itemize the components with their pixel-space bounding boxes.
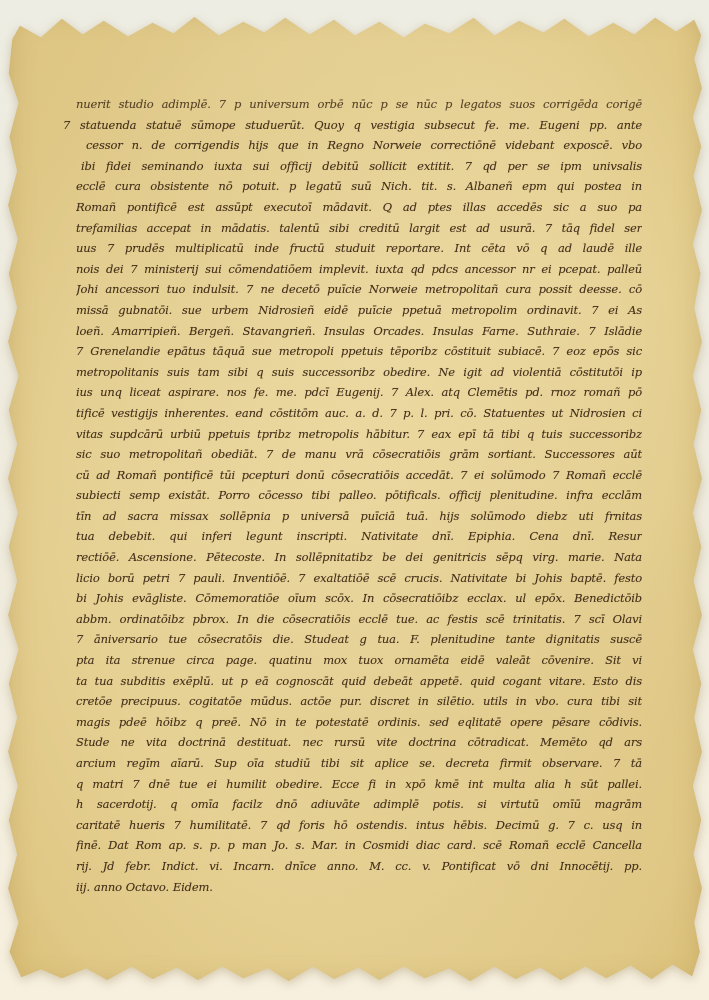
manuscript-line: iij. anno Octavo. Eidem. [76, 877, 642, 898]
manuscript-line: q matri 7 dnē tue ei humilit obedire. Ec… [76, 774, 642, 795]
manuscript-line: 7 Grenelandie epātus tāquā sue metropoli… [76, 341, 642, 362]
manuscript-line: tua debebit. qui inferi legunt inscripti… [76, 526, 642, 547]
manuscript-line: sic suo metropolitañ obediāt. 7 de manu … [76, 444, 642, 465]
manuscript-line: Romañ pontificē est assūpt executoī māda… [76, 197, 642, 218]
manuscript-line: missā gubnatōi. sue urbem Nidrosieñ eidē… [76, 300, 642, 321]
manuscript-line: subiecti semp existāt. Porro cōcesso tib… [76, 485, 642, 506]
manuscript-line: uus 7 prudēs multiplicatū inde fructū st… [76, 238, 642, 259]
manuscript-line: nois dei 7 ministerij sui cōmendatiōem i… [76, 259, 642, 280]
manuscript-line: rij. Jd febr. Indict. vi. Incarn. dnīce … [76, 856, 642, 877]
manuscript-text-block: nuerit studio adimplē. 7 p universum orb… [76, 94, 642, 897]
manuscript-line: ibi fidei seminando iuxta sui officij de… [76, 156, 642, 177]
manuscript-line: tificē vestigijs inherentes. eand cōstit… [76, 403, 642, 424]
manuscript-line: abbm. ordinatōibz pbrox. In die cōsecrat… [76, 609, 642, 630]
manuscript-line: licio borū petri 7 pauli. Inventiōē. 7 e… [76, 568, 642, 589]
manuscript-line: pta ita strenue circa page. quatinu mox … [76, 650, 642, 671]
manuscript-line: cessor n. de corrigendis hijs que in Reg… [76, 135, 642, 156]
manuscript-line: nuerit studio adimplē. 7 p universum orb… [76, 94, 642, 115]
manuscript-line: tīn ad sacra missax sollēpnia p universā… [76, 506, 642, 527]
manuscript-line: finē. Dat Rom ap. s. p. p man Jo. s. Mar… [76, 835, 642, 856]
manuscript-line: ecclē cura obsistente nō potuit. p legat… [76, 176, 642, 197]
manuscript-line: Stude ne vita doctrinā destituat. nec ru… [76, 732, 642, 753]
manuscript-line: trefamilias accepat in mādatis. talentū … [76, 218, 642, 239]
manuscript-line: Johi ancessori tuo indulsit. 7 ne decetō… [76, 279, 642, 300]
manuscript-line: ius unq liceat aspirare. nos fe. me. pdc… [76, 382, 642, 403]
manuscript-line: bi Johis evāgliste. Cōmemoratiōe oīum sc… [76, 588, 642, 609]
manuscript-line: h sacerdotij. q omīa facilz dnō adiuvāte… [76, 794, 642, 815]
manuscript-line: cretōe precipuus. cogitatōe mūdus. actōe… [76, 691, 642, 712]
manuscript-line: metropolitanis suis tam sibi q suis succ… [76, 362, 642, 383]
manuscript-line: ta tua subditis exēplū. ut p eā cognoscā… [76, 671, 642, 692]
manuscript-line: arcium regīm aīarū. Sup oīa studiū tibi … [76, 753, 642, 774]
manuscript-line: rectiōē. Ascensione. Pētecoste. In sollē… [76, 547, 642, 568]
manuscript-line: loeñ. Amarripieñ. Bergeñ. Stavangrieñ. I… [76, 321, 642, 342]
manuscript-line: caritatē hueris 7 humilitatē. 7 qd foris… [76, 815, 642, 836]
manuscript-line: 7 āniversario tue cōsecratōis die. Stude… [76, 629, 642, 650]
manuscript-line: 7 statuenda statuē sūmope studuerūt. Quo… [63, 115, 642, 136]
manuscript-line: cū ad Romañ pontificē tūi pcepturi donū … [76, 465, 642, 486]
manuscript-line: magis pdeē hōibz q preē. Nō in te potest… [76, 712, 642, 733]
manuscript-line: vitas supdcārū urbiū ppetuis tpribz metr… [76, 424, 642, 445]
